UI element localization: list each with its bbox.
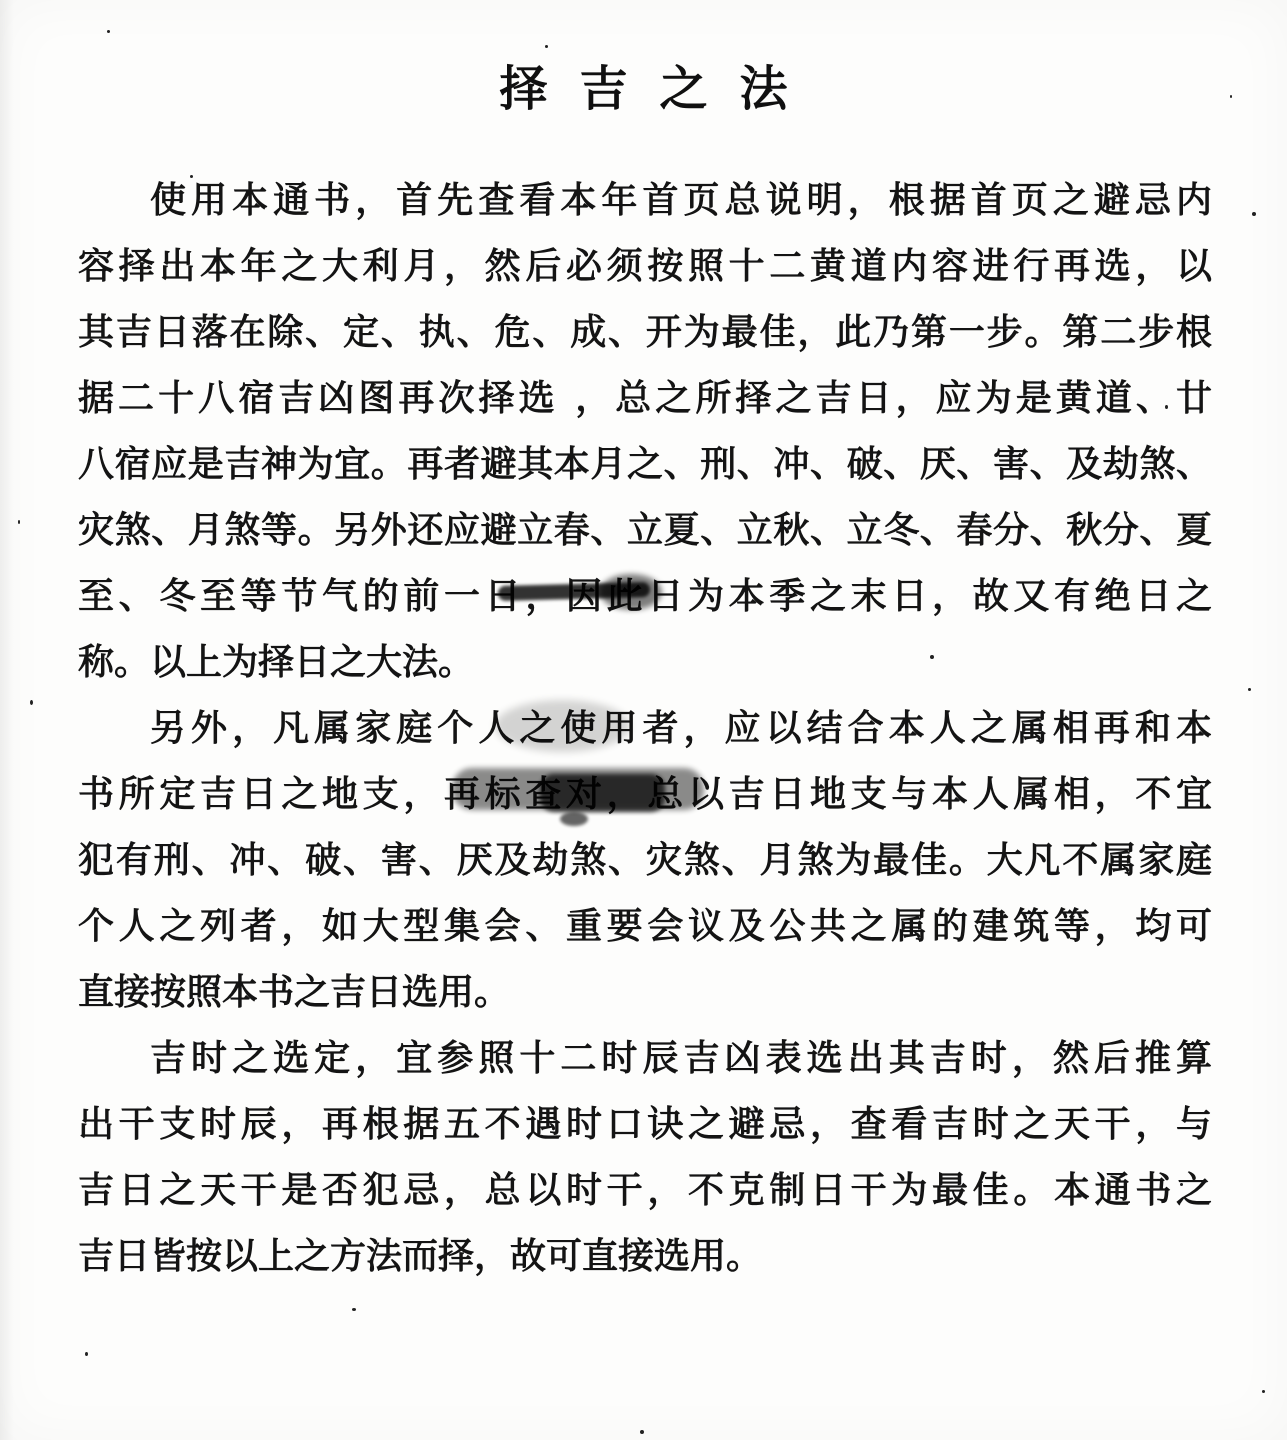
text-line: 吉日皆按以上之方法而择，故可直接选用。 [78, 1224, 1212, 1290]
document-body: 使用本通书，首先查看本年首页总说明，根据首页之避忌内 容择出本年之大利月，然后必… [78, 168, 1212, 1290]
scan-edge-shading [0, 0, 14, 1440]
text-line: 吉时之选定，宜参照十二时辰吉凶表选出其吉时，然后推算 [78, 1026, 1212, 1092]
text-line: 另外，凡属家庭个人之使用者，应以结合本人之属相再和本 [78, 696, 1212, 762]
scanned-book-page: 择吉之法 使用本通书，首先查看本年首页总说明，根据首页之避忌内 容择出本年之大利… [0, 0, 1287, 1440]
text-line: 书所定吉日之地支，再标查对，总以吉日地支与本人属相，不宜 [78, 762, 1212, 828]
scan-speck [85, 1352, 88, 1356]
scan-speck [107, 30, 110, 33]
scan-speck [545, 45, 548, 48]
scan-speck [1262, 1390, 1265, 1393]
text-line: 称。以上为择日之大法。 [78, 630, 1212, 696]
text-line: 灾煞、月煞等。另外还应避立春、立夏、立秋、立冬、春分、秋分、夏 [78, 498, 1212, 564]
text-line: 使用本通书，首先查看本年首页总说明，根据首页之避忌内 [78, 168, 1212, 234]
scan-speck [1248, 688, 1251, 691]
text-line: 犯有刑、冲、破、害、厌及劫煞、灾煞、月煞为最佳。大凡不属家庭 [78, 828, 1212, 894]
scan-speck [18, 520, 20, 524]
text-line: 出干支时辰，再根据五不遇时口诀之避忌，查看吉时之天干，与 [78, 1092, 1212, 1158]
scan-speck [1252, 212, 1256, 216]
page-title: 择吉之法 [0, 50, 1287, 119]
scan-speck [640, 1430, 644, 1434]
text-line: 据二十八宿吉凶图再次择选 ，总之所择之吉日，应为是黄道、廿 [78, 366, 1212, 432]
scan-speck [30, 700, 33, 705]
text-line: 直接按照本书之吉日选用。 [78, 960, 1212, 1026]
text-line: 至、冬至等节气的前一日，因此日为本季之末日，故又有绝日之 [78, 564, 1212, 630]
text-line: 个人之列者，如大型集会、重要会议及公共之属的建筑等，均可 [78, 894, 1212, 960]
text-line: 八宿应是吉神为宜。再者避其本月之、刑、冲、破、厌、害、及劫煞、 [78, 432, 1212, 498]
text-line: 吉日之天干是否犯忌，总以时干，不克制日干为最佳。本通书之 [78, 1158, 1212, 1224]
text-line: 其吉日落在除、定、执、危、成、开为最佳，此乃第一步。第二步根 [78, 300, 1212, 366]
text-line: 容择出本年之大利月，然后必须按照十二黄道内容进行再选，以 [78, 234, 1212, 300]
scan-speck [352, 1308, 356, 1311]
